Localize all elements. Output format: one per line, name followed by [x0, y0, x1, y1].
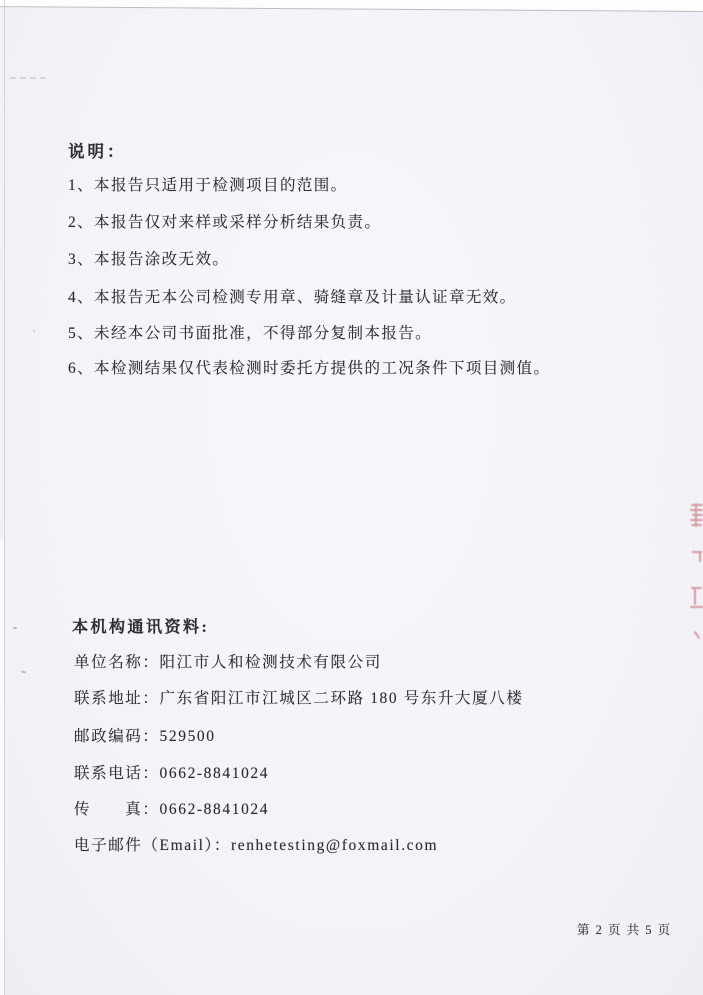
note-item: 6、本检测结果仅代表检测时委托方提供的工况条件下项目测值。 — [68, 356, 550, 378]
contact-value: 阳江市人和检测技术有限公司 — [160, 654, 382, 671]
contact-value: 广东省阳江市江城区二环路 180 号东升大厦八楼 — [160, 690, 524, 707]
note-item: 2、本报告仅对来样或采样分析结果负责。 — [68, 210, 381, 232]
contact-row-fax: 传 真：0662-8841024 — [74, 797, 269, 819]
contact-label: 电子邮件（Email）： — [74, 837, 231, 854]
scan-edge-top — [0, 0, 703, 12]
contact-value: 0662-8841024 — [160, 801, 270, 818]
contact-row-address: 联系地址：广东省阳江市江城区二环路 180 号东升大厦八楼 — [74, 686, 523, 708]
contact-label: 联系电话： — [74, 765, 160, 782]
note-item: 3、本报告涂改无效。 — [68, 247, 229, 269]
page-number: 第 2 页 共 5 页 — [577, 920, 672, 938]
contact-row-postcode: 邮政编码：529500 — [74, 724, 216, 746]
red-stamp-fragment — [686, 498, 703, 646]
scan-speck — [13, 627, 17, 630]
contact-label: 传 真： — [74, 801, 160, 818]
scan-edge-left-line — [4, 0, 5, 995]
note-item: 4、本报告无本公司检测专用章、骑缝章及计量认证章无效。 — [68, 285, 517, 307]
scanned-report-page: 说明： 1、本报告只适用于检测项目的范围。 2、本报告仅对来样或采样分析结果负责… — [0, 0, 703, 995]
contact-value: 0662-8841024 — [160, 765, 270, 782]
note-item: 1、本报告只适用于检测项目的范围。 — [68, 173, 348, 195]
note-item: 5、未经本公司书面批准，不得部分复制本报告。 — [68, 321, 432, 343]
contact-label: 联系地址： — [74, 690, 160, 707]
contact-label: 邮政编码： — [74, 728, 160, 745]
contact-heading: 本机构通讯资料: — [72, 614, 209, 637]
contact-value: renhetesting@foxmail.com — [231, 837, 438, 854]
contact-row-email: 电子邮件（Email）：renhetesting@foxmail.com — [74, 833, 438, 855]
scan-speck — [33, 330, 35, 332]
contact-label: 单位名称： — [74, 654, 160, 671]
contact-value: 529500 — [160, 728, 216, 745]
contact-row-company: 单位名称：阳江市人和检测技术有限公司 — [74, 650, 382, 672]
notes-heading: 说明： — [68, 138, 127, 162]
scan-smudge — [10, 77, 48, 79]
scan-speck — [21, 670, 26, 673]
contact-row-phone: 联系电话：0662-8841024 — [74, 761, 269, 783]
